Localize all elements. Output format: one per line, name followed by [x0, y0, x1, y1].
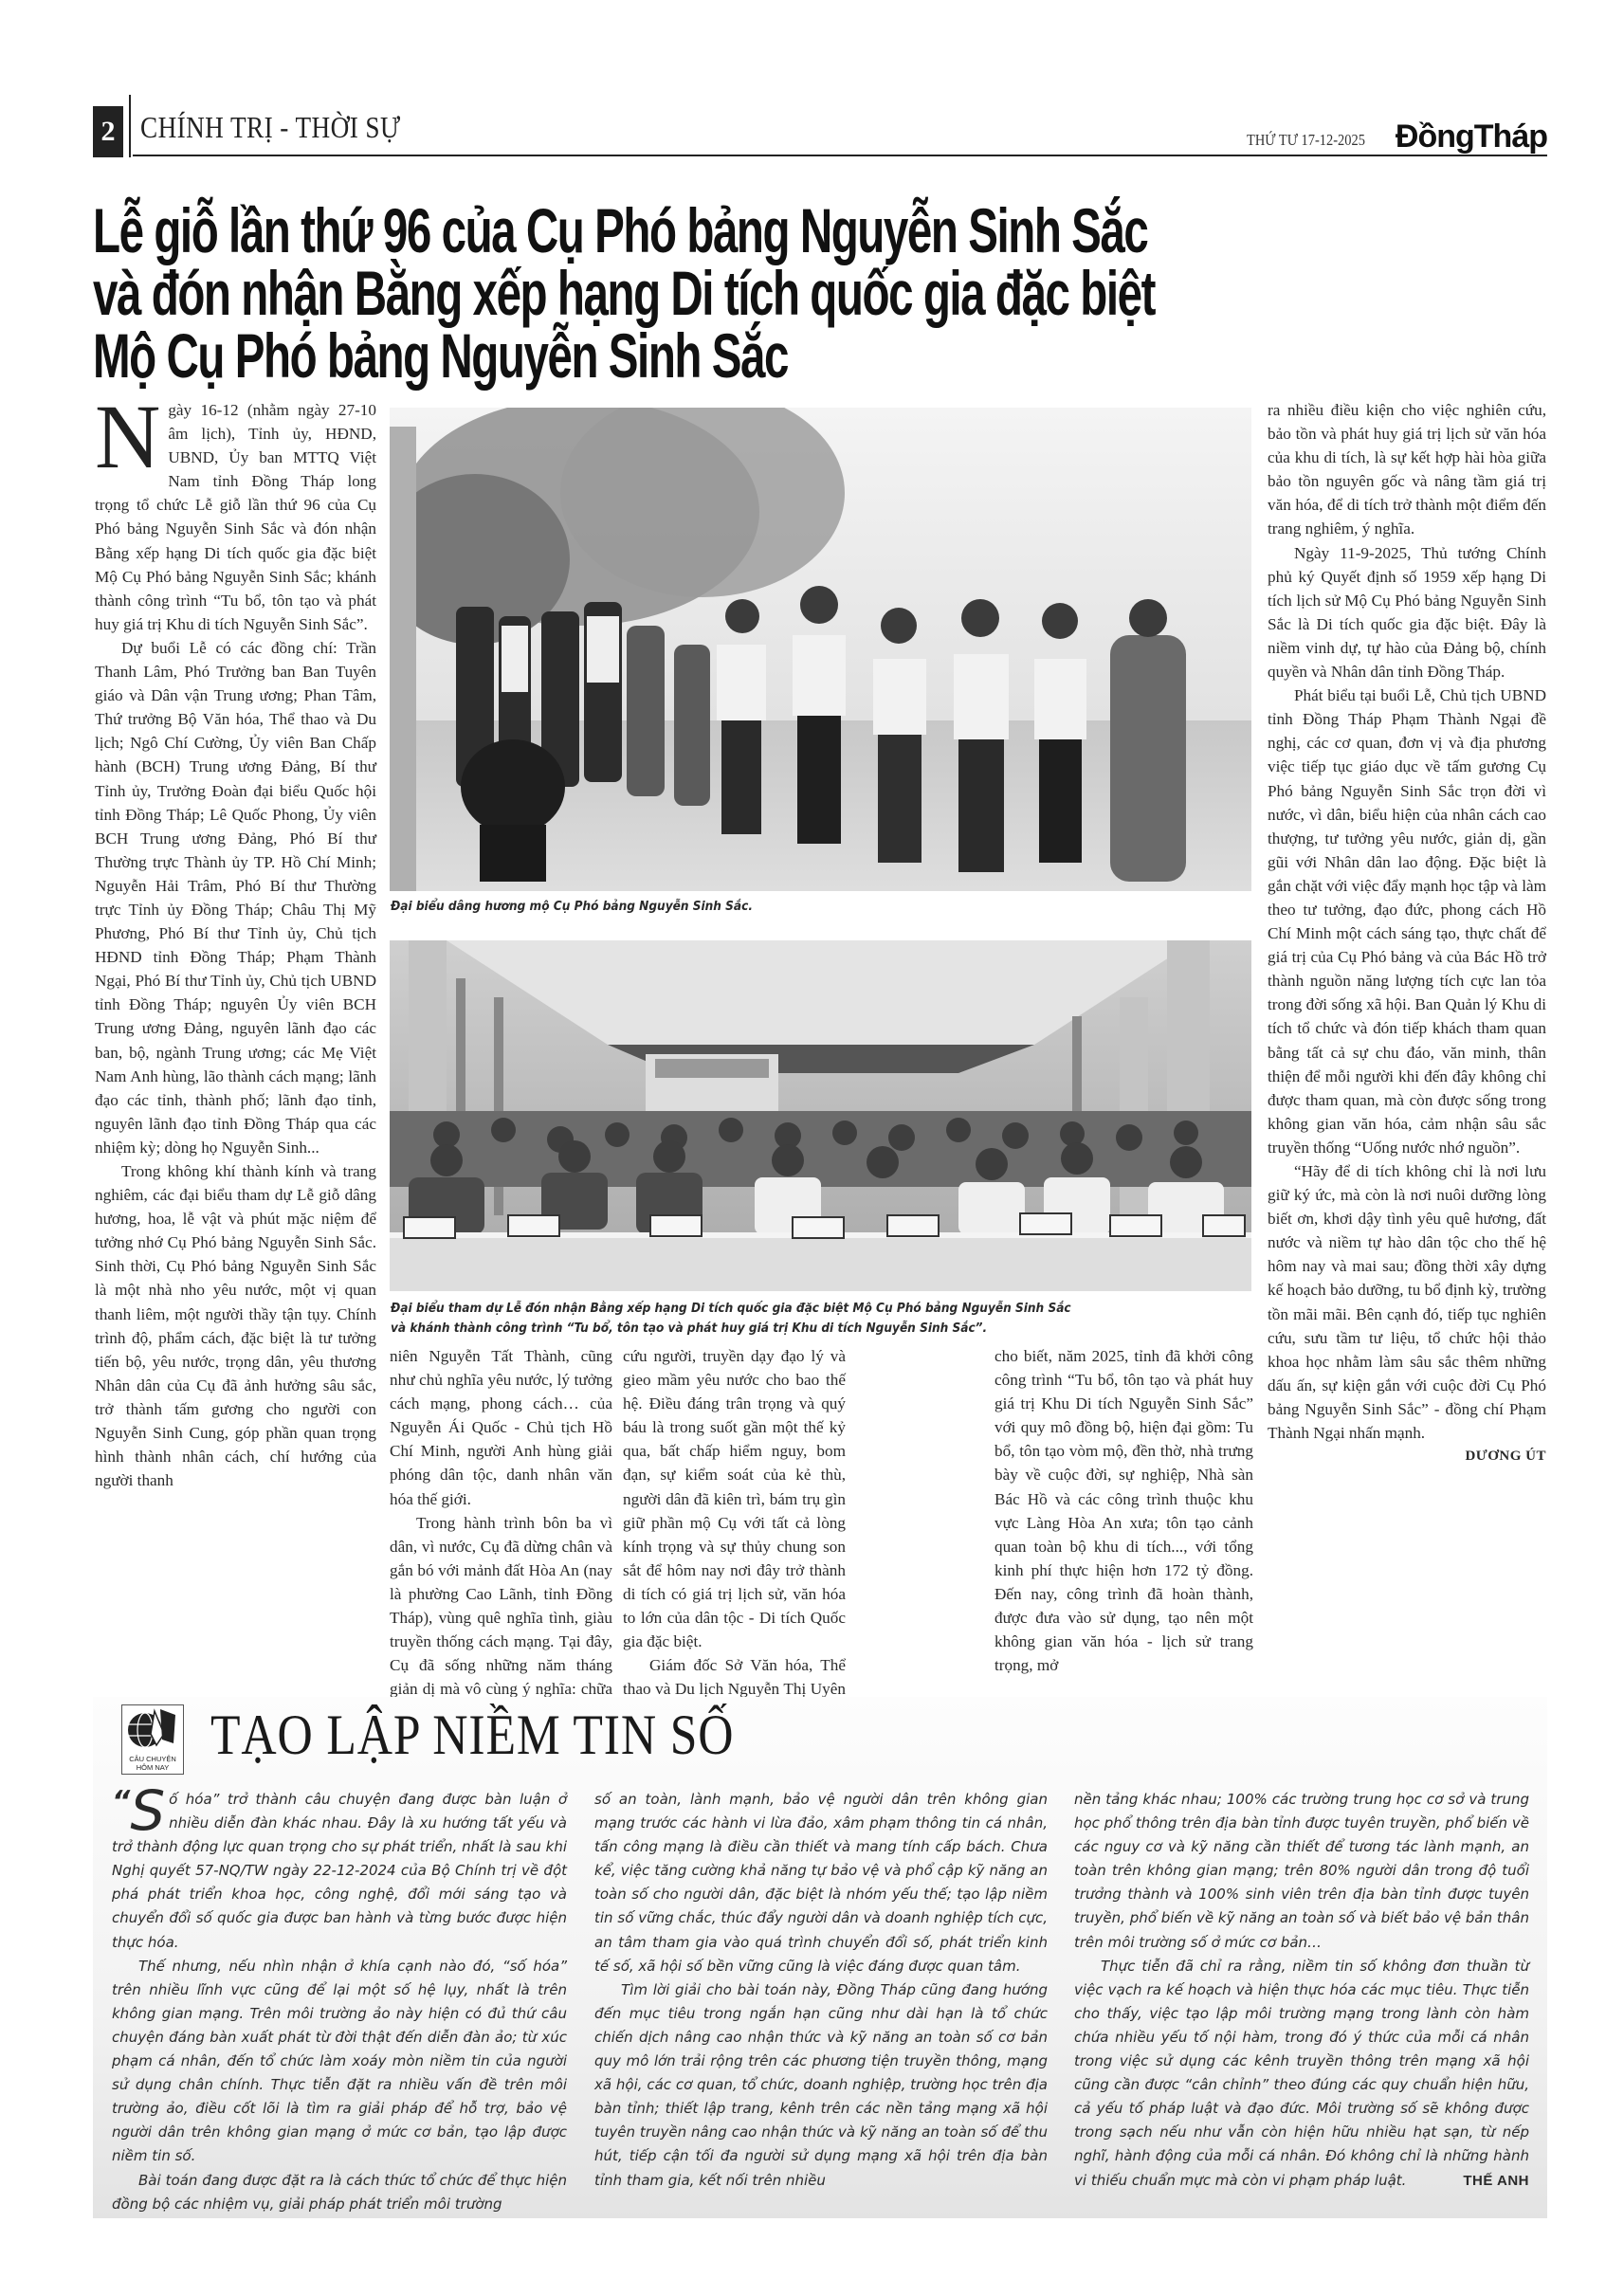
caption-line: Đại biểu tham dự Lễ đón nhận Bằng xếp hạ… — [391, 1299, 1071, 1319]
page-number: 2 — [93, 106, 123, 157]
article-paragraph: Ngày 16-12 (nhằm ngày 27-10 âm lịch), Tỉ… — [95, 398, 376, 636]
photo-ceremony-audience — [390, 940, 1251, 1291]
section-divider — [129, 95, 131, 157]
opinion-paragraph: “Số hóa” trở thành câu chuyện đang được … — [112, 1788, 567, 1955]
article-column-2: niên Nguyễn Tất Thành, cũng như chủ nghĩ… — [390, 1344, 612, 1725]
opinion-paragraph: Thế nhưng, nếu nhìn nhận ở khía cạnh nào… — [112, 1955, 567, 2169]
opinion-paragraph: Thực tiễn đã chỉ ra rằng, niềm tin số kh… — [1074, 1955, 1529, 2193]
header-rule — [133, 155, 1547, 156]
drop-cap: N — [95, 402, 160, 472]
article-paragraph: cho biết, năm 2025, tỉnh đã khởi công cô… — [994, 1344, 1253, 1677]
photo-caption: Đại biểu tham dự Lễ đón nhận Bằng xếp hạ… — [391, 1299, 1071, 1339]
article-paragraph: Trong hành trình bôn ba vì dân, vì nước,… — [390, 1511, 612, 1725]
opinion-paragraph: số an toàn, lành mạnh, bảo vệ người dân … — [594, 1788, 1048, 1978]
photo-incense-offering — [390, 408, 1251, 891]
photo-image — [390, 408, 1251, 891]
globe-pen-icon — [122, 1705, 183, 1751]
photo-image — [390, 940, 1251, 1291]
newspaper-logo: ĐồngTháp — [1396, 119, 1547, 154]
opinion-paragraph: nền tảng khác nhau; 100% các trường trun… — [1074, 1788, 1529, 1955]
article-column-5: ra nhiều điều kiện cho việc nghiên cứu, … — [1268, 398, 1546, 1468]
article-paragraph: “Hãy để di tích không chỉ là nơi lưu giữ… — [1268, 1159, 1546, 1445]
column-logo: CÂU CHUYỆN HÔM NAY — [121, 1704, 184, 1775]
headline-line: Mộ Cụ Phó bảng Nguyễn Sinh Sắc — [93, 324, 980, 387]
opinion-column-1: “Số hóa” trở thành câu chuyện đang được … — [112, 1788, 567, 2216]
headline-line: và đón nhận Bằng xếp hạng Di tích quốc g… — [93, 262, 980, 324]
opinion-column-3: nền tảng khác nhau; 100% các trường trun… — [1074, 1788, 1529, 2193]
drop-cap: S — [130, 1788, 165, 1833]
article-paragraph: niên Nguyễn Tất Thành, cũng như chủ nghĩ… — [390, 1344, 612, 1511]
headline-line: Lễ giỗ lần thứ 96 của Cụ Phó bảng Nguyễn… — [93, 199, 980, 262]
opinion-title: TẠO LẬP NIỀM TIN SỐ — [210, 1702, 734, 1768]
article-headline: Lễ giỗ lần thứ 96 của Cụ Phó bảng Nguyễn… — [93, 199, 980, 387]
article-paragraph: cứu người, truyền dạy đạo lý và gieo mầm… — [623, 1344, 846, 1653]
opinion-paragraph: Bài toán đang được đặt ra là cách thức t… — [112, 2169, 567, 2216]
logo-caption: CÂU CHUYỆN HÔM NAY — [122, 1755, 183, 1772]
article-paragraph: ra nhiều điều kiện cho việc nghiên cứu, … — [1268, 398, 1546, 541]
article-paragraph: Dự buổi Lễ có các đồng chí: Trần Thanh L… — [95, 636, 376, 1159]
caption-line: và khánh thành công trình “Tu bổ, tôn tạ… — [391, 1319, 1071, 1339]
opinion-paragraph: Tìm lời giải cho bài toán này, Đồng Tháp… — [594, 1978, 1048, 2193]
article-paragraph: Phát biểu tại buổi Lễ, Chủ tịch UBND tỉn… — [1268, 683, 1546, 1159]
opinion-column-2: số an toàn, lành mạnh, bảo vệ người dân … — [594, 1788, 1048, 2193]
issue-date: THỨ TƯ 17-12-2025 — [1247, 131, 1365, 150]
page-header: 2 CHÍNH TRỊ - THỜI SỰ THỨ TƯ 17-12-2025 … — [93, 95, 1547, 157]
section-title: CHÍNH TRỊ - THỜI SỰ — [140, 110, 400, 145]
article-paragraph: Trong không khí thành kính và trang nghi… — [95, 1159, 376, 1492]
article-column-3: cứu người, truyền dạy đạo lý và gieo mầm… — [623, 1344, 846, 1725]
article-byline: DƯƠNG ÚT — [1268, 1445, 1546, 1468]
article-column-4: cho biết, năm 2025, tỉnh đã khởi công cô… — [857, 1344, 1253, 1677]
photo-caption: Đại biểu dâng hương mộ Cụ Phó bảng Nguyễ… — [391, 897, 753, 917]
article-paragraph: Ngày 11-9-2025, Thủ tướng Chính phủ ký Q… — [1268, 541, 1546, 684]
article-column-1: Ngày 16-12 (nhằm ngày 27-10 âm lịch), Tỉ… — [95, 398, 376, 1492]
